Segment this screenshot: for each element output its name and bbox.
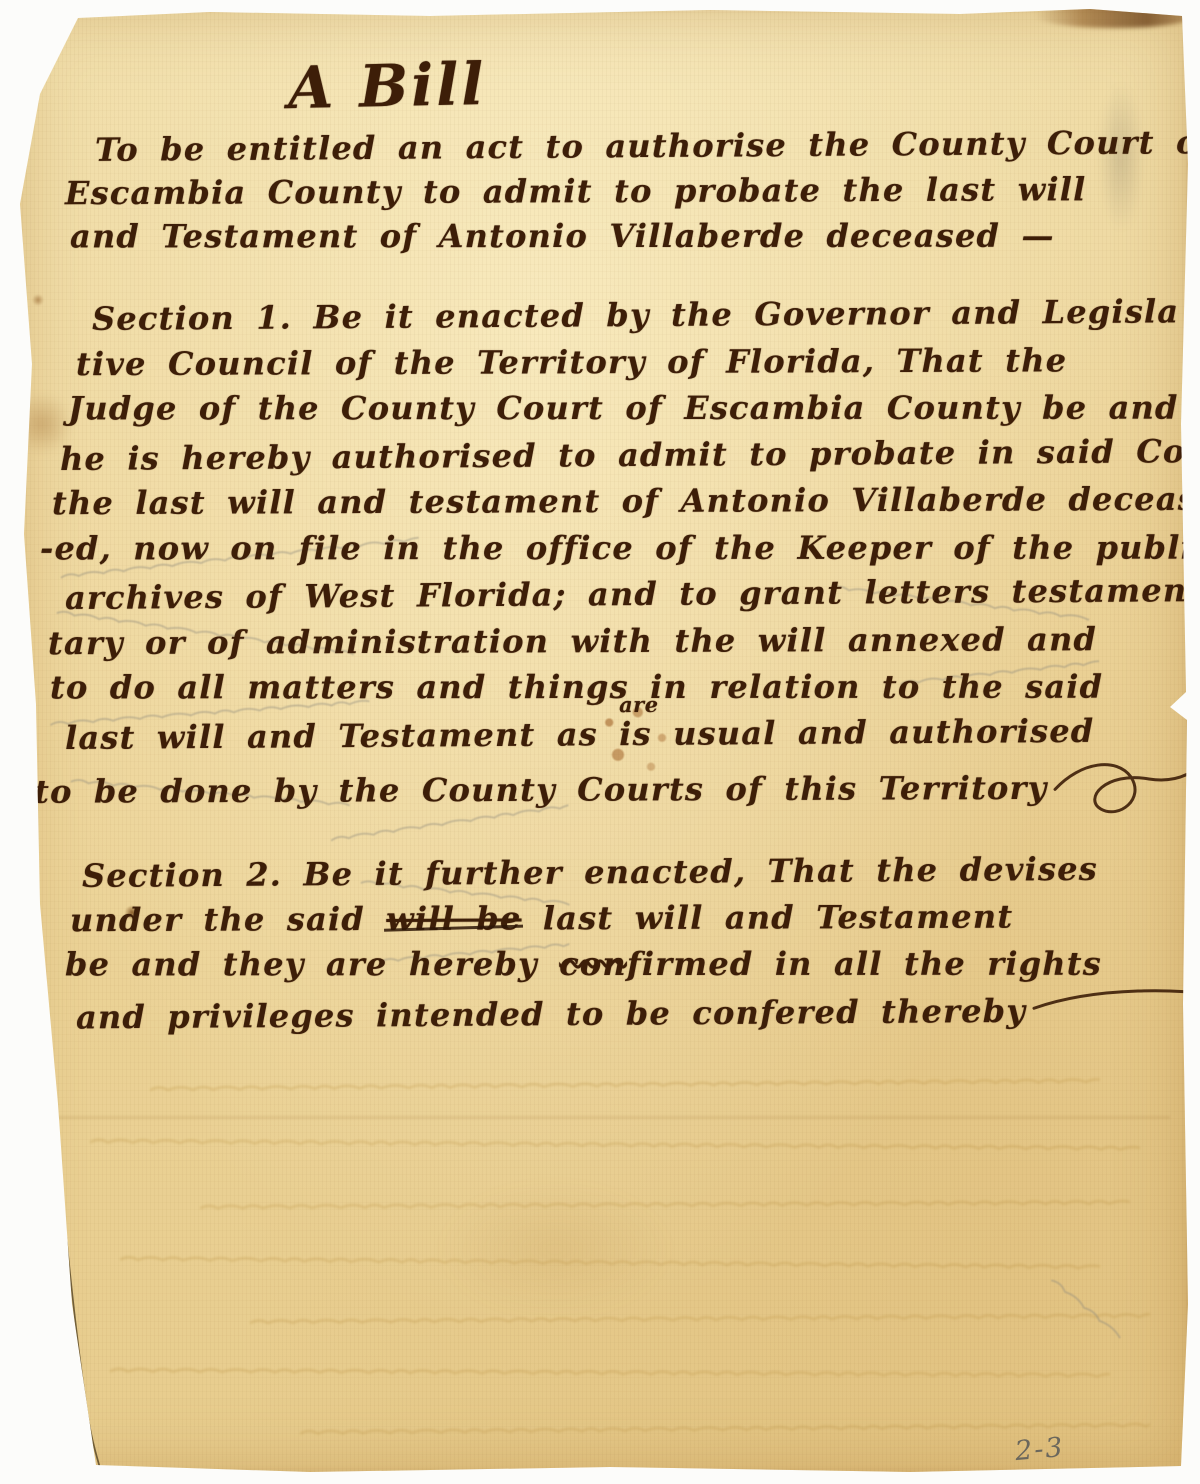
text-segment: firmed in all the rights bbox=[627, 945, 1102, 983]
handwritten-line: To be entitled an act to authorise the C… bbox=[95, 120, 1200, 173]
handwritten-line: Section 1. Be it enacted by the Governor… bbox=[92, 288, 1200, 342]
page-number-annotation: 2-3 bbox=[1014, 1432, 1066, 1467]
text-segment: be and they are hereby bbox=[65, 945, 559, 983]
section2-block: Section 2. Be it further enacted, That t… bbox=[10, 849, 1200, 1033]
text-segment: Judge of the County Court of Escambia Co… bbox=[68, 389, 1179, 428]
handwritten-line: and privileges intended to be confered t… bbox=[76, 983, 1200, 1037]
handwritten-line: the last will and testament of Antonio V… bbox=[52, 476, 1200, 527]
text-segment: Escambia County to admit to probate the … bbox=[65, 170, 1087, 212]
handwritten-line: archives of West Florida; and to grant l… bbox=[65, 567, 1200, 621]
handwritten-line: -ed, now on file in the office of the Ke… bbox=[40, 524, 1200, 571]
handwritten-line: to be done by the County Courts of this … bbox=[34, 755, 1200, 806]
text-segment: -ed, now on file in the office of the Ke… bbox=[40, 528, 1200, 567]
text-segment: usual and authorised bbox=[652, 711, 1095, 752]
handwritten-line: tary or of administration with the will … bbox=[48, 615, 1200, 666]
manuscript-page: A Bill To be entitled an act to authoris… bbox=[10, 4, 1190, 1476]
text-segment: archives of West Florida; and to grant l… bbox=[65, 571, 1200, 617]
text-segment: last will and Testament as bbox=[65, 715, 619, 757]
text-segment: Section 2. Be it further enacted, That t… bbox=[82, 850, 1098, 895]
handwritten-line: tive Council of the Territory of Florida… bbox=[76, 336, 1200, 387]
handwritten-line: Judge of the County Court of Escambia Co… bbox=[68, 385, 1200, 432]
scanned-document: A Bill To be entitled an act to authoris… bbox=[0, 0, 1200, 1484]
section1-block: Section 1. Be it enacted by the Governor… bbox=[10, 292, 1200, 804]
handwritten-line: Escambia County to admit to probate the … bbox=[65, 167, 1200, 216]
handwritten-line: last will and Testament as isare usual a… bbox=[65, 707, 1200, 761]
text-segment: to do all matters and things in relation… bbox=[50, 668, 1103, 707]
pen-flourish-icon bbox=[1032, 982, 1200, 1042]
text-segment: isare bbox=[619, 714, 652, 752]
text-segment: the last will and testament of Antonio V… bbox=[52, 480, 1200, 522]
handwritten-line: Section 2. Be it further enacted, That t… bbox=[82, 845, 1200, 899]
text-segment: and Testament of Antonio Villaberde dece… bbox=[70, 217, 1055, 256]
preamble-block: To be entitled an act to authorise the C… bbox=[10, 124, 1200, 259]
text-segment: under the said bbox=[70, 900, 386, 939]
document-title: A Bill bbox=[287, 50, 487, 122]
text-segment: To be entitled an act to authorise the C… bbox=[95, 123, 1200, 169]
strike-text: will be bbox=[386, 899, 521, 938]
text-segment: tive Council of the Territory of Florida… bbox=[76, 341, 1067, 383]
text-segment: Section 1. Be it enacted by the Governor… bbox=[92, 292, 1180, 338]
handwritten-line: under the said will be last will and Tes… bbox=[70, 893, 1200, 943]
scribble-text: con bbox=[559, 945, 627, 983]
stain bbox=[10, 1379, 82, 1464]
text-segment: last will and Testament bbox=[521, 898, 1013, 938]
pen-flourish-icon bbox=[1053, 755, 1200, 826]
text-segment: he is hereby authorised to admit to prob… bbox=[60, 431, 1200, 477]
text-segment: to be done by the County Courts of this … bbox=[34, 769, 1048, 811]
interlinear-insertion: are bbox=[619, 693, 659, 714]
handwritten-line: he is hereby authorised to admit to prob… bbox=[60, 427, 1200, 482]
handwritten-line: be and they are hereby confirmed in all … bbox=[65, 941, 1200, 988]
manuscript-text: A Bill To be entitled an act to authoris… bbox=[10, 4, 1190, 1476]
text-segment: tary or of administration with the will … bbox=[48, 620, 1097, 662]
handwritten-line: and Testament of Antonio Villaberde dece… bbox=[70, 214, 1200, 260]
text-segment: and privileges intended to be confered t… bbox=[76, 992, 1026, 1037]
